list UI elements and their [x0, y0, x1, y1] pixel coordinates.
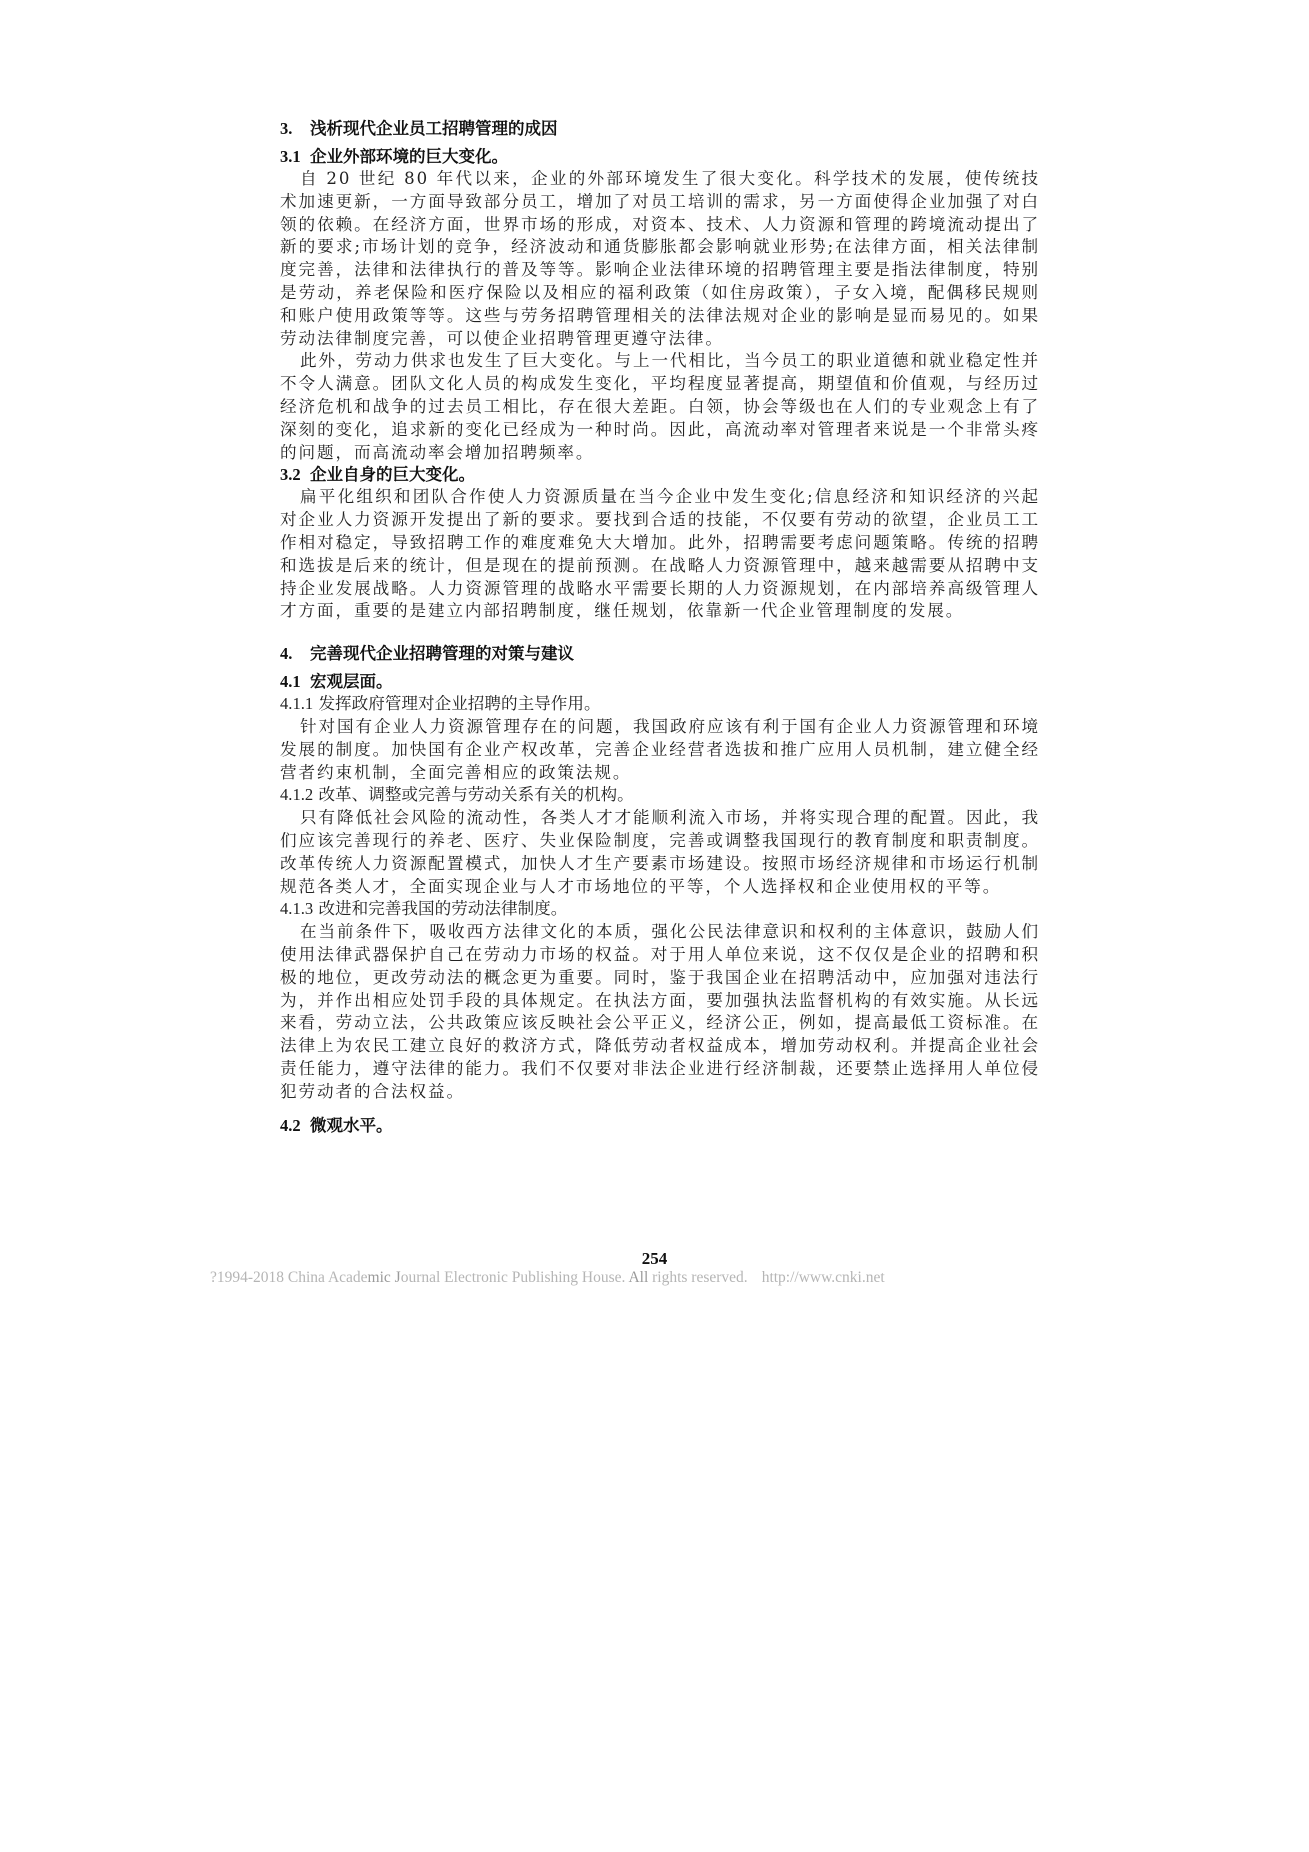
section-title: 改革、调整或完善与劳动关系有关的机构。 [318, 785, 633, 804]
subsection-heading-3-1: 3.1企业外部环境的巨大变化。 [280, 146, 1040, 168]
subsection-heading-4-1: 4.1宏观层面。 [280, 671, 1040, 693]
paragraph: 在当前条件下，吸收西方法律文化的本质，强化公民法律意识和权利的主体意识，鼓励人们… [280, 921, 1040, 1103]
section-title: 发挥政府管理对企业招聘的主导作用。 [318, 694, 600, 713]
section-number: 3.1 [280, 146, 310, 168]
section-title: 完善现代企业招聘管理的对策与建议 [310, 644, 574, 663]
paragraph: 只有降低社会风险的流动性，各类人才才能顺利流入市场，并将实现合理的配置。因此，我… [280, 807, 1040, 898]
subsection-heading-4-2: 4.2微观水平。 [280, 1115, 1040, 1137]
paragraph: 针对国有企业人力资源管理存在的问题，我国政府应该有利于国有企业人力资源管理和环境… [280, 716, 1040, 784]
section-heading-4: 4.完善现代企业招聘管理的对策与建议 [280, 643, 1040, 665]
spacer [280, 1103, 1040, 1115]
cnki-link[interactable]: http://www.cnki.net [762, 1269, 885, 1286]
section-number: 3.2 [280, 464, 310, 486]
section-number: 4.1.2 [280, 785, 313, 804]
section-title: 微观水平。 [310, 1116, 393, 1135]
copyright-text: rights reserved. [648, 1269, 747, 1286]
document-page: 3.浅析现代企业员工招聘管理的成因 3.1企业外部环境的巨大变化。 自 20 世… [280, 118, 1040, 1137]
copyright-text-bold: mic J [368, 1269, 401, 1286]
copyright-text-bold: All [628, 1269, 648, 1286]
paragraph: 此外，劳动力供求也发生了巨大变化。与上一代相比，当今员工的职业道德和就业稳定性并… [280, 350, 1040, 464]
copyright-text: ournal Electronic Publishing House. [401, 1269, 629, 1286]
section-title: 企业自身的巨大变化。 [310, 465, 475, 484]
subsubsection-heading-4-1-3: 4.1.3 改进和完善我国的劳动法律制度。 [280, 898, 1040, 921]
paragraph: 自 20 世纪 80 年代以来，企业的外部环境发生了很大变化。科学技术的发展，使… [280, 168, 1040, 350]
section-number: 4.1.3 [280, 899, 313, 918]
subsubsection-heading-4-1-1: 4.1.1 发挥政府管理对企业招聘的主导作用。 [280, 693, 1040, 716]
section-heading-3: 3.浅析现代企业员工招聘管理的成因 [280, 118, 1040, 140]
section-number: 4.1 [280, 671, 310, 693]
subsection-heading-3-2: 3.2企业自身的巨大变化。 [280, 464, 1040, 486]
section-number: 3. [280, 118, 310, 140]
page-number: 254 [0, 1249, 1309, 1269]
section-number: 4.2 [280, 1115, 310, 1137]
section-title: 浅析现代企业员工招聘管理的成因 [310, 119, 558, 138]
section-title: 企业外部环境的巨大变化。 [310, 147, 508, 166]
subsubsection-heading-4-1-2: 4.1.2 改革、调整或完善与劳动关系有关的机构。 [280, 784, 1040, 807]
copyright-notice: ?1994-2018 China Academic Journal Electr… [210, 1269, 1110, 1287]
section-title: 宏观层面。 [310, 672, 393, 691]
section-number: 4.1.1 [280, 694, 313, 713]
section-title: 改进和完善我国的劳动法律制度。 [318, 899, 567, 918]
copyright-text: ?1994-2018 China Acade [210, 1269, 368, 1286]
spacer [280, 623, 1040, 643]
paragraph: 扁平化组织和团队合作使人力资源质量在当今企业中发生变化;信息经济和知识经济的兴起… [280, 486, 1040, 623]
section-number: 4. [280, 643, 310, 665]
